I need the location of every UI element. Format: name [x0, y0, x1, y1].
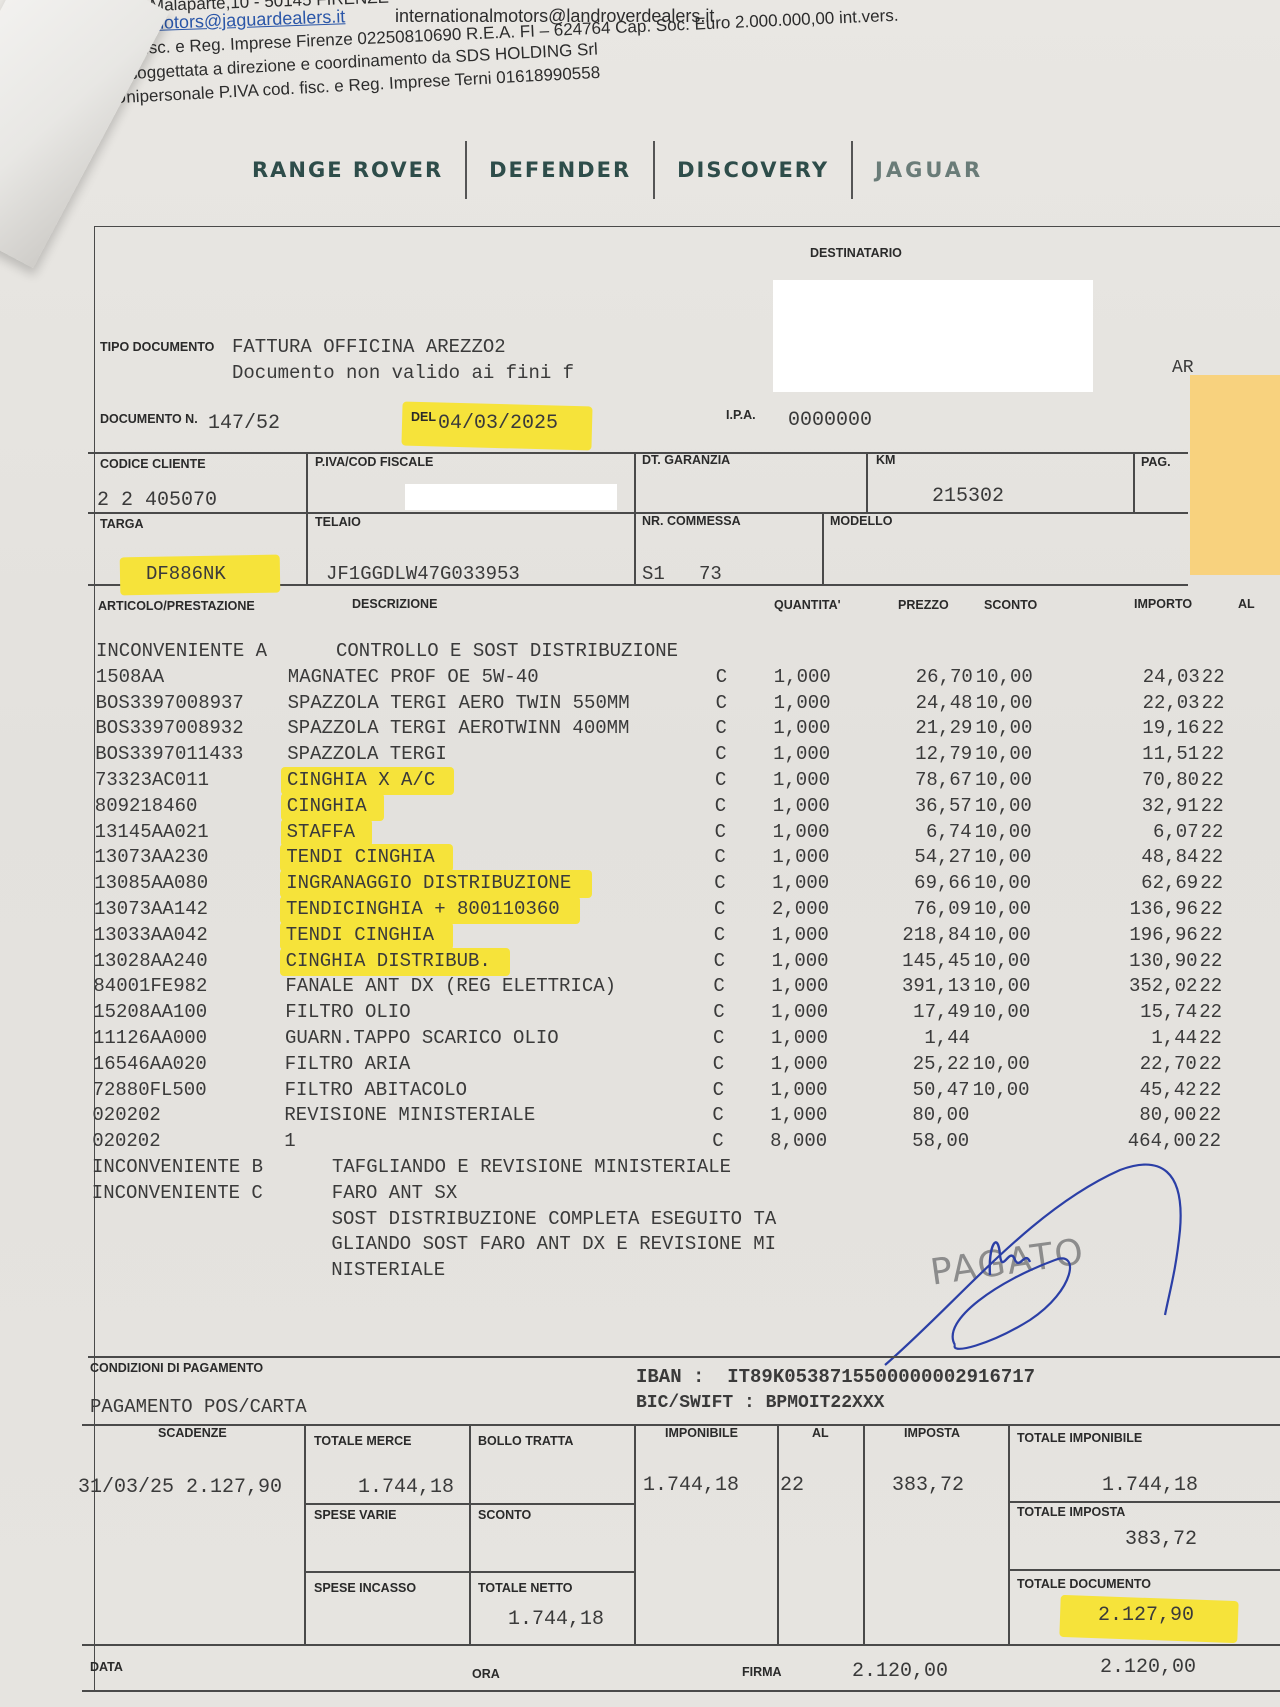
item-amount: 32,91 [1099, 795, 1199, 817]
km-label: KM [876, 453, 895, 467]
totale-netto-value: 1.744,18 [508, 1608, 604, 1631]
item-vat: 22 [1199, 1053, 1222, 1075]
item-amount: 464,00 [1096, 1130, 1196, 1152]
imponibile-label: IMPONIBILE [665, 1426, 738, 1440]
item-vat: 22 [1198, 1104, 1221, 1126]
document-date: 04/03/2025 [438, 412, 558, 435]
item-description: SPAZZOLA TERGI [287, 743, 447, 765]
item-code: 13033AA042 [94, 924, 208, 946]
item-vat: 22 [1201, 743, 1224, 765]
item-code: BOS3397011433 [95, 743, 243, 765]
del-label: DEL [411, 410, 436, 424]
divider [306, 452, 308, 584]
totale-imponibile-value: 1.744,18 [1102, 1474, 1198, 1497]
item-amount: 352,02 [1097, 975, 1197, 997]
codice-cliente: 2 2 405070 [97, 489, 217, 512]
item-quantity: 1,000 [748, 1001, 828, 1023]
item-amount: 136,96 [1098, 898, 1198, 920]
destinatario-label: DESTINATARIO [810, 246, 902, 260]
item-amount: 80,00 [1096, 1104, 1196, 1126]
item-quantity: 1,000 [751, 692, 831, 714]
condizioni-label: CONDIZIONI DI PAGAMENTO [90, 1361, 263, 1375]
item-description: STAFFA [287, 821, 355, 843]
bollo-tratta-label: BOLLO TRATTA [478, 1434, 573, 1448]
item-discount: 10,00 [958, 666, 1033, 688]
item-description: TENDI CINGHIA [286, 924, 434, 946]
item-amount: 45,42 [1097, 1079, 1197, 1101]
imponibile-value: 1.744,18 [643, 1474, 739, 1497]
divider [88, 512, 1188, 514]
note-description: TAFGLIANDO E REVISIONE MINISTERIALE [332, 1156, 731, 1178]
item-description: FILTRO ABITACOLO [285, 1079, 467, 1101]
divider [304, 1424, 306, 1644]
item-unit: C [714, 924, 725, 946]
recipient-redacted [773, 280, 1093, 392]
item-vat: 22 [1200, 846, 1223, 868]
item-description: 1 [284, 1130, 295, 1152]
item-quantity: 1,000 [750, 769, 830, 791]
item-discount: 10,00 [958, 692, 1033, 714]
brand-range-rover: RANGE ROVER [230, 158, 465, 182]
item-vat: 22 [1198, 1130, 1221, 1152]
divider [866, 452, 868, 512]
divider [469, 1424, 471, 1644]
item-description: FILTRO OLIO [285, 1001, 410, 1023]
divider [88, 452, 1188, 454]
data-label: DATA [90, 1660, 123, 1674]
item-discount: 10,00 [955, 1053, 1030, 1075]
item-code: 13145AA021 [95, 821, 209, 843]
divider [1008, 1424, 1010, 1644]
commessa-value: S1 73 [642, 563, 722, 585]
piva-redacted [405, 484, 617, 510]
item-vat: 22 [1200, 898, 1223, 920]
item-quantity: 1,000 [747, 1104, 827, 1126]
divider [1008, 1569, 1280, 1571]
totale-merce-label: TOTALE MERCE [314, 1434, 411, 1448]
item-amount: 19,16 [1099, 717, 1199, 739]
tipo-documento-label: TIPO DOCUMENTO [100, 340, 214, 354]
modello-label: MODELLO [830, 514, 893, 528]
item-code: INCONVENIENTE B [92, 1156, 263, 1178]
item-unit: C [713, 1053, 724, 1075]
item-description: CINGHIA [287, 795, 367, 817]
telaio-label: TELAIO [315, 515, 361, 529]
sticky-note [1190, 375, 1280, 575]
item-vat: 22 [1199, 1027, 1222, 1049]
brand-discovery: DISCOVERY [655, 158, 851, 182]
item-discount: 10,00 [957, 743, 1032, 765]
item-quantity: 1,000 [748, 1053, 828, 1075]
item-code: 72880FL500 [93, 1079, 207, 1101]
item-unit: C [715, 769, 726, 791]
item-unit: C [714, 898, 725, 920]
col-importo: IMPORTO [1134, 597, 1192, 611]
item-unit: C [714, 872, 725, 894]
targa-label: TARGA [100, 517, 144, 531]
item-code: INCONVENIENTE C [92, 1182, 263, 1204]
item-description: FILTRO ARIA [285, 1053, 410, 1075]
item-code: 020202 [92, 1130, 160, 1152]
item-vat: 22 [1201, 795, 1224, 817]
item-vat: 22 [1202, 666, 1225, 688]
divider [82, 1690, 1280, 1692]
final-value: 2.120,00 [1100, 1656, 1196, 1679]
targa-value: DF886NK [146, 563, 226, 585]
item-description: REVISIONE MINISTERIALE [284, 1104, 535, 1126]
totale-imposta-label: TOTALE IMPOSTA [1017, 1505, 1125, 1519]
item-description: MAGNATEC PROF OE 5W-40 [288, 666, 539, 688]
col-articolo: ARTICOLO/PRESTAZIONE [98, 599, 255, 613]
item-vat: 22 [1201, 717, 1224, 739]
item-amount: 22,03 [1100, 692, 1200, 714]
item-discount: 10,00 [956, 924, 1031, 946]
item-code: 15208AA100 [93, 1001, 207, 1023]
pag-label: PAG. [1141, 455, 1171, 469]
item-vat: 22 [1201, 769, 1224, 791]
item-vat: 22 [1199, 975, 1222, 997]
col-prezzo: PREZZO [898, 598, 949, 612]
commessa-label: NR. COMMESSA [642, 514, 741, 528]
item-price: 58,00 [874, 1130, 969, 1152]
item-description: CINGHIA X A/C [287, 769, 435, 791]
item-amount: 196,96 [1098, 924, 1198, 946]
item-quantity: 1,000 [749, 924, 829, 946]
invoice-paper: Malaparte,10 - 50145 FIRENZE nalmotors@j… [0, 0, 1280, 1707]
item-amount: 70,80 [1099, 769, 1199, 791]
signature-icon [880, 1150, 1200, 1370]
col-sconto: SCONTO [984, 598, 1037, 612]
totale-documento-value: 2.127,90 [1098, 1604, 1194, 1627]
item-amount: 11,51 [1099, 743, 1199, 765]
item-unit: C [712, 1130, 723, 1152]
item-price: 80,00 [874, 1104, 969, 1126]
divider [634, 1424, 636, 1644]
ipa-label: I.P.A. [726, 408, 756, 422]
dt-garanzia-label: DT. GARANZIA [642, 453, 730, 467]
divider [822, 512, 824, 584]
totale-netto-label: TOTALE NETTO [478, 1581, 572, 1595]
divider [863, 1424, 865, 1644]
item-quantity: 1,000 [749, 846, 829, 868]
totale-merce-value: 1.744,18 [358, 1476, 454, 1499]
scadenze-value: 31/03/25 2.127,90 [78, 1476, 282, 1499]
item-vat: 22 [1202, 692, 1225, 714]
item-unit: C [713, 1079, 724, 1101]
brand-strip: RANGE ROVER DEFENDER DISCOVERY JAGUAR [230, 140, 1130, 200]
item-code: 13073AA142 [94, 898, 208, 920]
item-code: 11126AA000 [93, 1027, 207, 1049]
brand-defender: DEFENDER [467, 158, 653, 182]
item-code: 1508AA [96, 666, 164, 688]
divider [1133, 452, 1135, 512]
item-description: SPAZZOLA TERGI AERO TWIN 550MM [288, 692, 630, 714]
item-quantity: 1,000 [748, 975, 828, 997]
totale-imposta-value: 383,72 [1125, 1528, 1197, 1551]
documento-number: 147/52 [208, 412, 280, 435]
item-unit: C [715, 795, 726, 817]
col-aliquota: AL [1238, 597, 1255, 611]
bic-swift: BIC/SWIFT : BPMOIT22XXX [636, 1393, 884, 1413]
item-discount: 10,00 [956, 898, 1031, 920]
item-discount: 10,00 [956, 950, 1031, 972]
item-amount: 62,69 [1098, 872, 1198, 894]
item-description: TENDICINGHIA + 800110360 [286, 898, 560, 920]
item-unit: C [716, 666, 727, 688]
item-code: INCONVENIENTE A [96, 640, 267, 662]
item-amount: 1,44 [1097, 1027, 1197, 1049]
item-unit: C [713, 1001, 724, 1023]
item-discount: 10,00 [957, 769, 1032, 791]
piva-label: P.IVA/COD FISCALE [315, 455, 433, 469]
ora-label: ORA [472, 1667, 500, 1681]
item-amount: 130,90 [1098, 950, 1198, 972]
item-code: 13028AA240 [94, 950, 208, 972]
sconto-label: SCONTO [478, 1508, 531, 1522]
brand-jaguar: JAGUAR [853, 158, 1005, 182]
note-description: CONTROLLO E SOST DISTRIBUZIONE [336, 640, 678, 662]
imposta-label: IMPOSTA [904, 1426, 960, 1440]
item-description: CINGHIA DISTRIBUB. [286, 950, 491, 972]
item-vat: 22 [1201, 821, 1224, 843]
item-quantity: 1,000 [750, 821, 830, 843]
al-value: 22 [780, 1474, 804, 1497]
item-quantity: 1,000 [750, 795, 830, 817]
item-amount: 24,03 [1100, 666, 1200, 688]
item-quantity: 1,000 [750, 743, 830, 765]
divider [88, 1356, 1280, 1358]
item-vat: 22 [1200, 924, 1223, 946]
item-vat: 22 [1200, 872, 1223, 894]
km-value: 215302 [932, 485, 1004, 508]
ipa-value: 0000000 [788, 409, 872, 432]
item-unit: C [716, 692, 727, 714]
item-discount: 10,00 [955, 1079, 1030, 1101]
item-unit: C [713, 1027, 724, 1049]
item-code: 809218460 [95, 795, 198, 817]
item-discount: 10,00 [957, 717, 1032, 739]
totale-documento-label: TOTALE DOCUMENTO [1017, 1577, 1151, 1591]
tipo-documento-line2: Documento non valido ai fini f [232, 362, 574, 384]
item-unit: C [715, 717, 726, 739]
imposta-value: 383,72 [892, 1474, 964, 1497]
firma-label: FIRMA [742, 1665, 782, 1679]
telaio-value: JF1GGDLW47G033953 [326, 563, 520, 585]
item-unit: C [715, 821, 726, 843]
divider [304, 1503, 634, 1505]
item-quantity: 8,000 [747, 1130, 827, 1152]
note-description: GLIANDO SOST FARO ANT DX E REVISIONE MI [331, 1233, 776, 1255]
divider [634, 452, 636, 584]
item-code: 73323AC011 [95, 769, 209, 791]
item-quantity: 1,000 [750, 717, 830, 739]
item-quantity: 1,000 [748, 1027, 828, 1049]
item-unit: C [714, 950, 725, 972]
item-code: 84001FE982 [93, 975, 207, 997]
note-description: FARO ANT SX [332, 1182, 457, 1204]
item-price: 1,44 [875, 1027, 970, 1049]
spese-incasso-label: SPESE INCASSO [314, 1581, 416, 1595]
item-amount: 6,07 [1099, 821, 1199, 843]
note-description: NISTERIALE [331, 1259, 445, 1281]
item-description: FANALE ANT DX (REG ELETTRICA) [285, 975, 616, 997]
item-vat: 22 [1200, 950, 1223, 972]
item-code: BOS3397008937 [96, 692, 244, 714]
codice-cliente-label: CODICE CLIENTE [100, 457, 206, 471]
item-code: 13085AA080 [94, 872, 208, 894]
item-discount: 10,00 [956, 846, 1031, 868]
item-unit: C [712, 1104, 723, 1126]
item-code: 13073AA230 [94, 846, 208, 868]
item-quantity: 1,000 [748, 1079, 828, 1101]
item-amount: 22,70 [1097, 1053, 1197, 1075]
totale-imponibile-label: TOTALE IMPONIBILE [1017, 1431, 1142, 1445]
item-vat: 22 [1199, 1079, 1222, 1101]
item-discount: 10,00 [955, 1001, 1030, 1023]
item-code: 020202 [92, 1104, 160, 1126]
item-discount: 10,00 [956, 872, 1031, 894]
scadenze-label: SCADENZE [158, 1426, 227, 1440]
col-quantita: QUANTITA' [774, 598, 841, 612]
iban: IBAN : IT89K0538715500000002916717 [636, 1366, 1035, 1388]
spese-varie-label: SPESE VARIE [314, 1508, 396, 1522]
item-discount: 10,00 [957, 821, 1032, 843]
item-description: INGRANAGGIO DISTRIBUZIONE [286, 872, 571, 894]
divider [1008, 1501, 1280, 1503]
item-quantity: 2,000 [749, 898, 829, 920]
item-description: TENDI CINGHIA [286, 846, 434, 868]
item-quantity: 1,000 [749, 872, 829, 894]
item-discount: 10,00 [955, 975, 1030, 997]
item-quantity: 1,000 [749, 950, 829, 972]
col-descrizione: DESCRIZIONE [352, 597, 437, 611]
item-vat: 22 [1199, 1001, 1222, 1023]
item-discount: 10,00 [957, 795, 1032, 817]
item-code: BOS3397008932 [95, 717, 243, 739]
divider [82, 1644, 1280, 1646]
item-description: GUARN.TAPPO SCARICO OLIO [285, 1027, 559, 1049]
item-code: 16546AA020 [93, 1053, 207, 1075]
item-unit: C [715, 743, 726, 765]
item-unit: C [713, 975, 724, 997]
item-amount: 48,84 [1098, 846, 1198, 868]
item-quantity: 1,000 [751, 666, 831, 688]
tipo-documento-line1: FATTURA OFFICINA AREZZO2 [232, 336, 506, 358]
item-amount: 15,74 [1097, 1001, 1197, 1023]
condizioni-value: PAGAMENTO POS/CARTA [90, 1396, 307, 1418]
documento-n-label: DOCUMENTO N. [100, 412, 198, 426]
firma-value: 2.120,00 [852, 1660, 948, 1683]
item-description: SPAZZOLA TERGI AEROTWINN 400MM [287, 717, 629, 739]
divider [777, 1424, 779, 1644]
item-unit: C [714, 846, 725, 868]
divider [304, 1571, 634, 1573]
note-description: SOST DISTRIBUZIONE COMPLETA ESEGUITO TA [332, 1208, 777, 1230]
al-label: AL [812, 1426, 829, 1440]
